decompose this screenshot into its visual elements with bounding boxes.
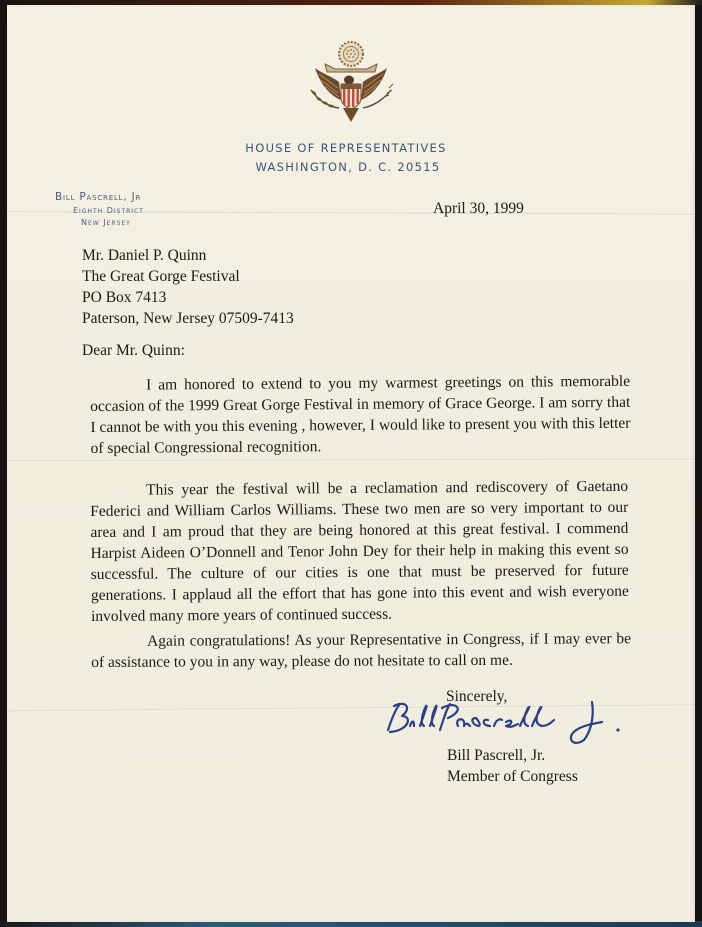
recipient-name: Mr. Daniel P. Quinn bbox=[82, 245, 294, 266]
letterhead-address: WASHINGTON, D. C. 20515 bbox=[0, 160, 699, 174]
representative-name: Bill Pascrell, Jr bbox=[55, 191, 141, 203]
recipient-po-box: PO Box 7413 bbox=[82, 287, 294, 308]
signer-title: Member of Congress bbox=[447, 766, 578, 787]
representative-district: Eighth District bbox=[73, 206, 144, 215]
body-paragraph-2: This year the festival will be a reclama… bbox=[90, 476, 629, 627]
body-paragraph-1: I am honored to extend to you my warmest… bbox=[90, 371, 631, 459]
great-seal-eagle-icon bbox=[305, 38, 397, 128]
signer-name: Bill Pascrell, Jr. bbox=[447, 745, 578, 766]
signer-block: Bill Pascrell, Jr. Member of Congress bbox=[447, 745, 578, 787]
recipient-address: Mr. Daniel P. Quinn The Great Gorge Fest… bbox=[82, 245, 294, 329]
handwritten-signature bbox=[380, 696, 630, 748]
body-paragraph-3: Again congratulations! As your Represent… bbox=[91, 628, 631, 673]
letter-date: April 30, 1999 bbox=[433, 200, 524, 218]
recipient-organization: The Great Gorge Festival bbox=[82, 266, 294, 287]
letterhead-house-of-representatives: HOUSE OF REPRESENTATIVES bbox=[0, 141, 697, 155]
representative-state: New Jersey bbox=[81, 218, 131, 227]
recipient-city-state-zip: Paterson, New Jersey 07509-7413 bbox=[82, 308, 294, 329]
salutation: Dear Mr. Quinn: bbox=[82, 342, 185, 360]
